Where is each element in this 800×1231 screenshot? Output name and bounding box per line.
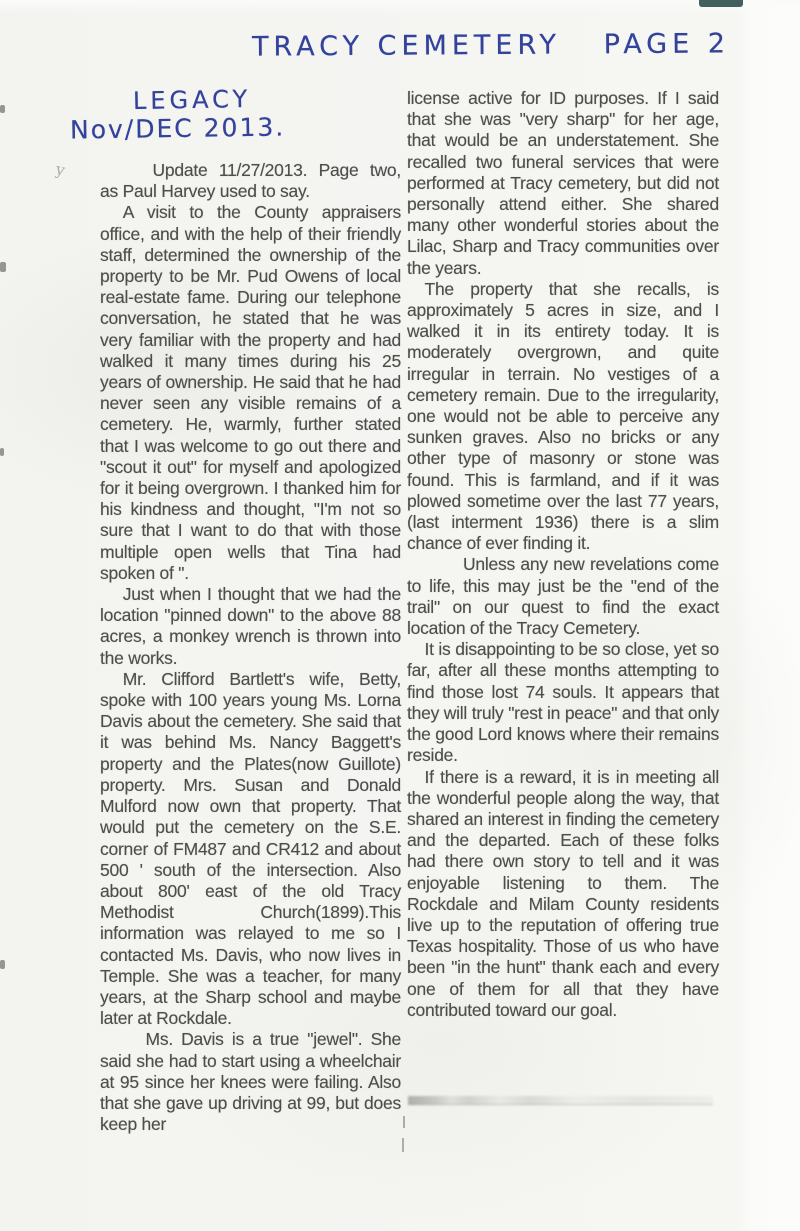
faded-struck-text-artifact [408, 1096, 713, 1105]
article-left-column: Update 11/27/2013. Page two, as Paul Har… [100, 160, 401, 1135]
article-paragraph: Mr. Clifford Bartlett's wife, Betty, spo… [100, 669, 401, 1029]
handwritten-page-number: PAGE 2 [604, 28, 731, 60]
handwritten-newsletter-name: LEGACY [133, 85, 252, 115]
edge-speck-artifact [0, 960, 5, 969]
handwritten-issue-date: Nov/DEC 2013. [70, 112, 286, 144]
article-paragraph: The property that she recalls, is approx… [407, 279, 719, 555]
edge-speck-artifact [0, 105, 5, 113]
pencil-mark-artifact: y [54, 159, 66, 178]
article-paragraph: Unless any new revelations come to life,… [407, 554, 719, 639]
scan-tick-artifact [402, 1138, 404, 1152]
article-paragraph: It is disappointing to be so close, yet … [407, 639, 719, 766]
article-paragraph: Ms. Davis is a true "jewel". She said sh… [100, 1029, 401, 1135]
article-paragraph: If there is a reward, it is in meeting a… [407, 767, 719, 1021]
handwritten-title: TRACY CEMETERY [252, 30, 561, 63]
article-right-column: license active for ID purposes. If I sai… [407, 88, 719, 1021]
handwritten-header: TRACY CEMETERY PAGE 2 [252, 28, 730, 62]
edge-speck-artifact [0, 262, 6, 272]
scan-corner-mark [699, 0, 743, 7]
article-paragraph: Update 11/27/2013. Page two, as Paul Har… [100, 160, 401, 202]
article-paragraph: A visit to the County appraisers office,… [100, 202, 401, 584]
scanned-newsletter-page: TRACY CEMETERY PAGE 2 LEGACY Nov/DEC 201… [0, 0, 800, 1231]
edge-speck-artifact [0, 448, 4, 456]
article-paragraph: license active for ID purposes. If I sai… [407, 88, 719, 279]
article-paragraph: Just when I thought that we had the loca… [100, 584, 401, 669]
scanner-edge-strip [0, 0, 800, 14]
scan-tick-artifact [403, 1116, 405, 1128]
